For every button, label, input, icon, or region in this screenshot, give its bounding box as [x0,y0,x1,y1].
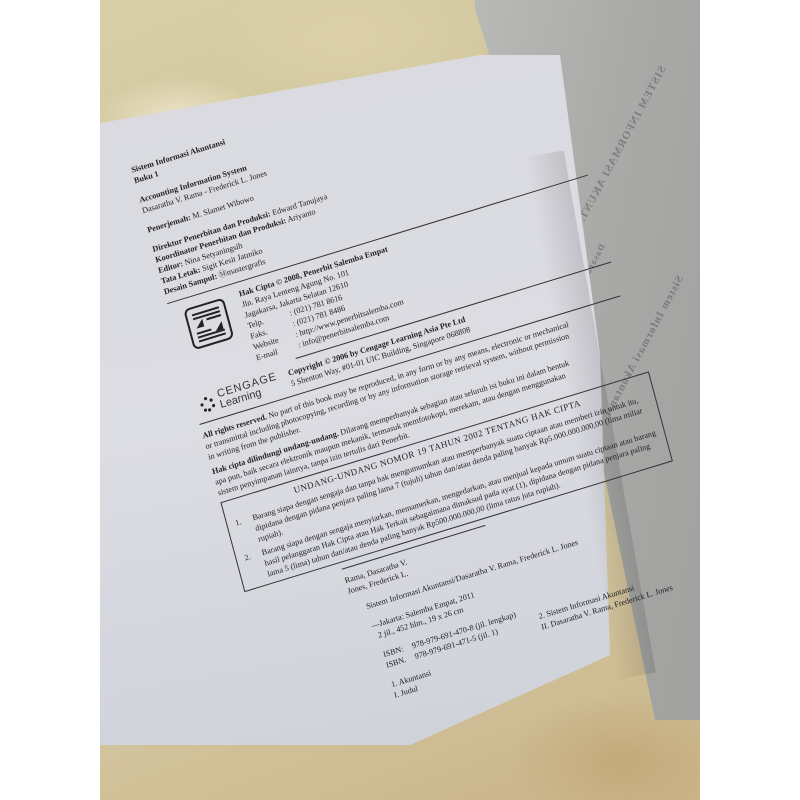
az-publisher-logo-icon [183,297,234,350]
cengage-dots-icon [199,395,216,413]
